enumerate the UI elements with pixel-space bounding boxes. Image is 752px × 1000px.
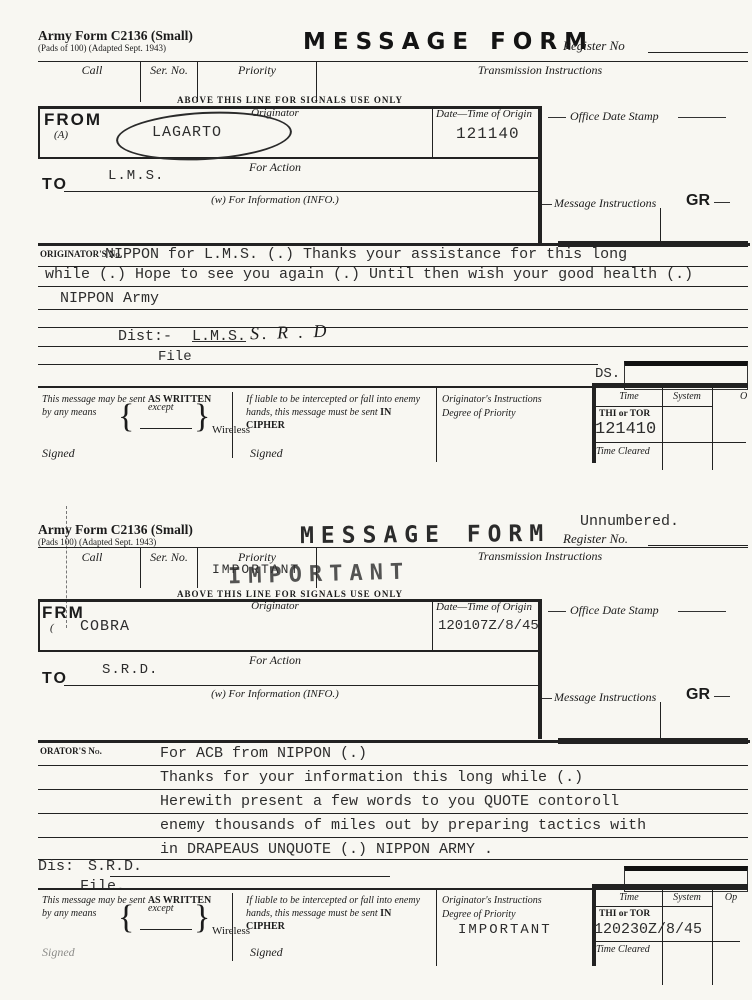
originator-label: Originator bbox=[120, 600, 430, 612]
time-box-top bbox=[592, 884, 748, 889]
brace-open: { bbox=[118, 899, 134, 937]
by-means: by any means bbox=[42, 908, 96, 919]
call-label: Call bbox=[48, 550, 136, 565]
rule-line bbox=[38, 789, 748, 790]
message-form-2: Army Form C2136 (Small) (Pads 100) (Adap… bbox=[0, 0, 752, 1000]
unnumbered-value: Unnumbered. bbox=[580, 513, 679, 530]
degree-of-priority-value: IMPORTANT bbox=[458, 922, 552, 938]
originators-instructions-cell: Originator's Instructions Degree of Prio… bbox=[442, 894, 542, 921]
column-line bbox=[140, 547, 141, 588]
degree-of-priority-label: Degree of Priority bbox=[442, 909, 516, 920]
date-time-value: 120107Z/8/45 bbox=[438, 618, 539, 634]
form-title: MESSAGE FORM bbox=[300, 521, 550, 549]
time-box-divider bbox=[712, 889, 713, 985]
rule-line bbox=[596, 906, 712, 907]
dist-typed-value: S.R.D. bbox=[88, 858, 142, 875]
thi-value: 120230Z/8/45 bbox=[594, 921, 702, 938]
brace-close: } bbox=[194, 899, 210, 937]
orig-instructions-label: Originator's Instructions bbox=[442, 895, 542, 906]
wireless-label: Wireless bbox=[212, 925, 250, 937]
rule-line bbox=[38, 813, 748, 814]
message-line: in DRAPEAUS UNQUOTE (.) NIPPON ARMY . bbox=[160, 841, 493, 858]
box-divider bbox=[432, 599, 433, 651]
message-instructions-label: Message Instructions bbox=[554, 690, 656, 705]
office-date-stamp-label: Office Date Stamp bbox=[570, 603, 659, 618]
op-header: Op bbox=[714, 892, 748, 903]
system-header: System bbox=[664, 892, 710, 903]
message-line: For ACB from NIPPON (.) bbox=[160, 745, 367, 762]
signed-label: Signed bbox=[250, 945, 283, 960]
rule-line bbox=[110, 876, 390, 877]
rule-line bbox=[38, 765, 748, 766]
box-border-left bbox=[38, 599, 40, 652]
box-divider-line bbox=[38, 650, 540, 652]
rule-line bbox=[38, 547, 748, 548]
leader-dash bbox=[678, 611, 726, 612]
file-label: File. bbox=[80, 878, 125, 895]
leader-dash bbox=[542, 698, 552, 699]
cipher-pre: If liable to be intercepted or fall into… bbox=[246, 895, 420, 919]
ser-no-label: Ser. No. bbox=[141, 550, 197, 565]
except-label: except bbox=[148, 903, 174, 914]
register-no-label: Register No. bbox=[563, 531, 628, 547]
for-information-label: (w) For Information (INFO.) bbox=[120, 688, 430, 700]
table-divider bbox=[436, 890, 437, 966]
for-action-label: For Action bbox=[120, 653, 430, 668]
form-number: Army Form C2136 (Small) bbox=[38, 522, 193, 538]
register-no-line bbox=[648, 545, 748, 546]
leader-dash bbox=[548, 611, 566, 612]
cipher-text: If liable to be intercepted or fall into… bbox=[246, 894, 424, 933]
form-subtitle: (Pads 100) (Adapted Sept. 1943) bbox=[38, 537, 156, 547]
to-line bbox=[64, 685, 538, 686]
date-time-label: Date—Time of Origin bbox=[436, 601, 532, 613]
message-line: Thanks for your information this long wh… bbox=[160, 769, 583, 786]
dist-label: Dis: bbox=[38, 858, 74, 875]
originator-value: COBRA bbox=[80, 618, 130, 635]
priority-stamp: IMPORTANT bbox=[228, 560, 411, 590]
message-line: enemy thousands of miles out by preparin… bbox=[160, 817, 646, 834]
column-line bbox=[197, 547, 198, 588]
time-header: Time bbox=[598, 892, 660, 903]
time-cleared-label: Time Cleared bbox=[596, 944, 650, 955]
thi-or-tor-label: THI or TOR bbox=[599, 909, 650, 919]
message-line: Herewith present a few words to you QUOT… bbox=[160, 793, 619, 810]
rule-line bbox=[38, 859, 748, 860]
originators-no-label: ORATOR'S No. bbox=[40, 746, 102, 756]
gr-label: GR bbox=[686, 686, 710, 704]
gr-divider bbox=[660, 702, 661, 738]
from-sub-label: ( bbox=[50, 622, 54, 634]
to-value: S.R.D. bbox=[102, 662, 158, 678]
from-label: FRM bbox=[42, 603, 85, 623]
except-line bbox=[140, 929, 192, 930]
scanned-message-forms: Army Form C2136 (Small) (Pads of 100) (A… bbox=[0, 0, 752, 1000]
rule-line bbox=[596, 941, 740, 942]
rule-line bbox=[38, 837, 748, 838]
signed-label: Signed bbox=[42, 945, 75, 960]
scan-artifact bbox=[558, 738, 748, 744]
above-line-note: ABOVE THIS LINE FOR SIGNALS USE ONLY bbox=[150, 589, 430, 599]
leader-dash bbox=[714, 696, 730, 697]
transmission-instructions-label: Transmission Instructions bbox=[430, 549, 650, 564]
